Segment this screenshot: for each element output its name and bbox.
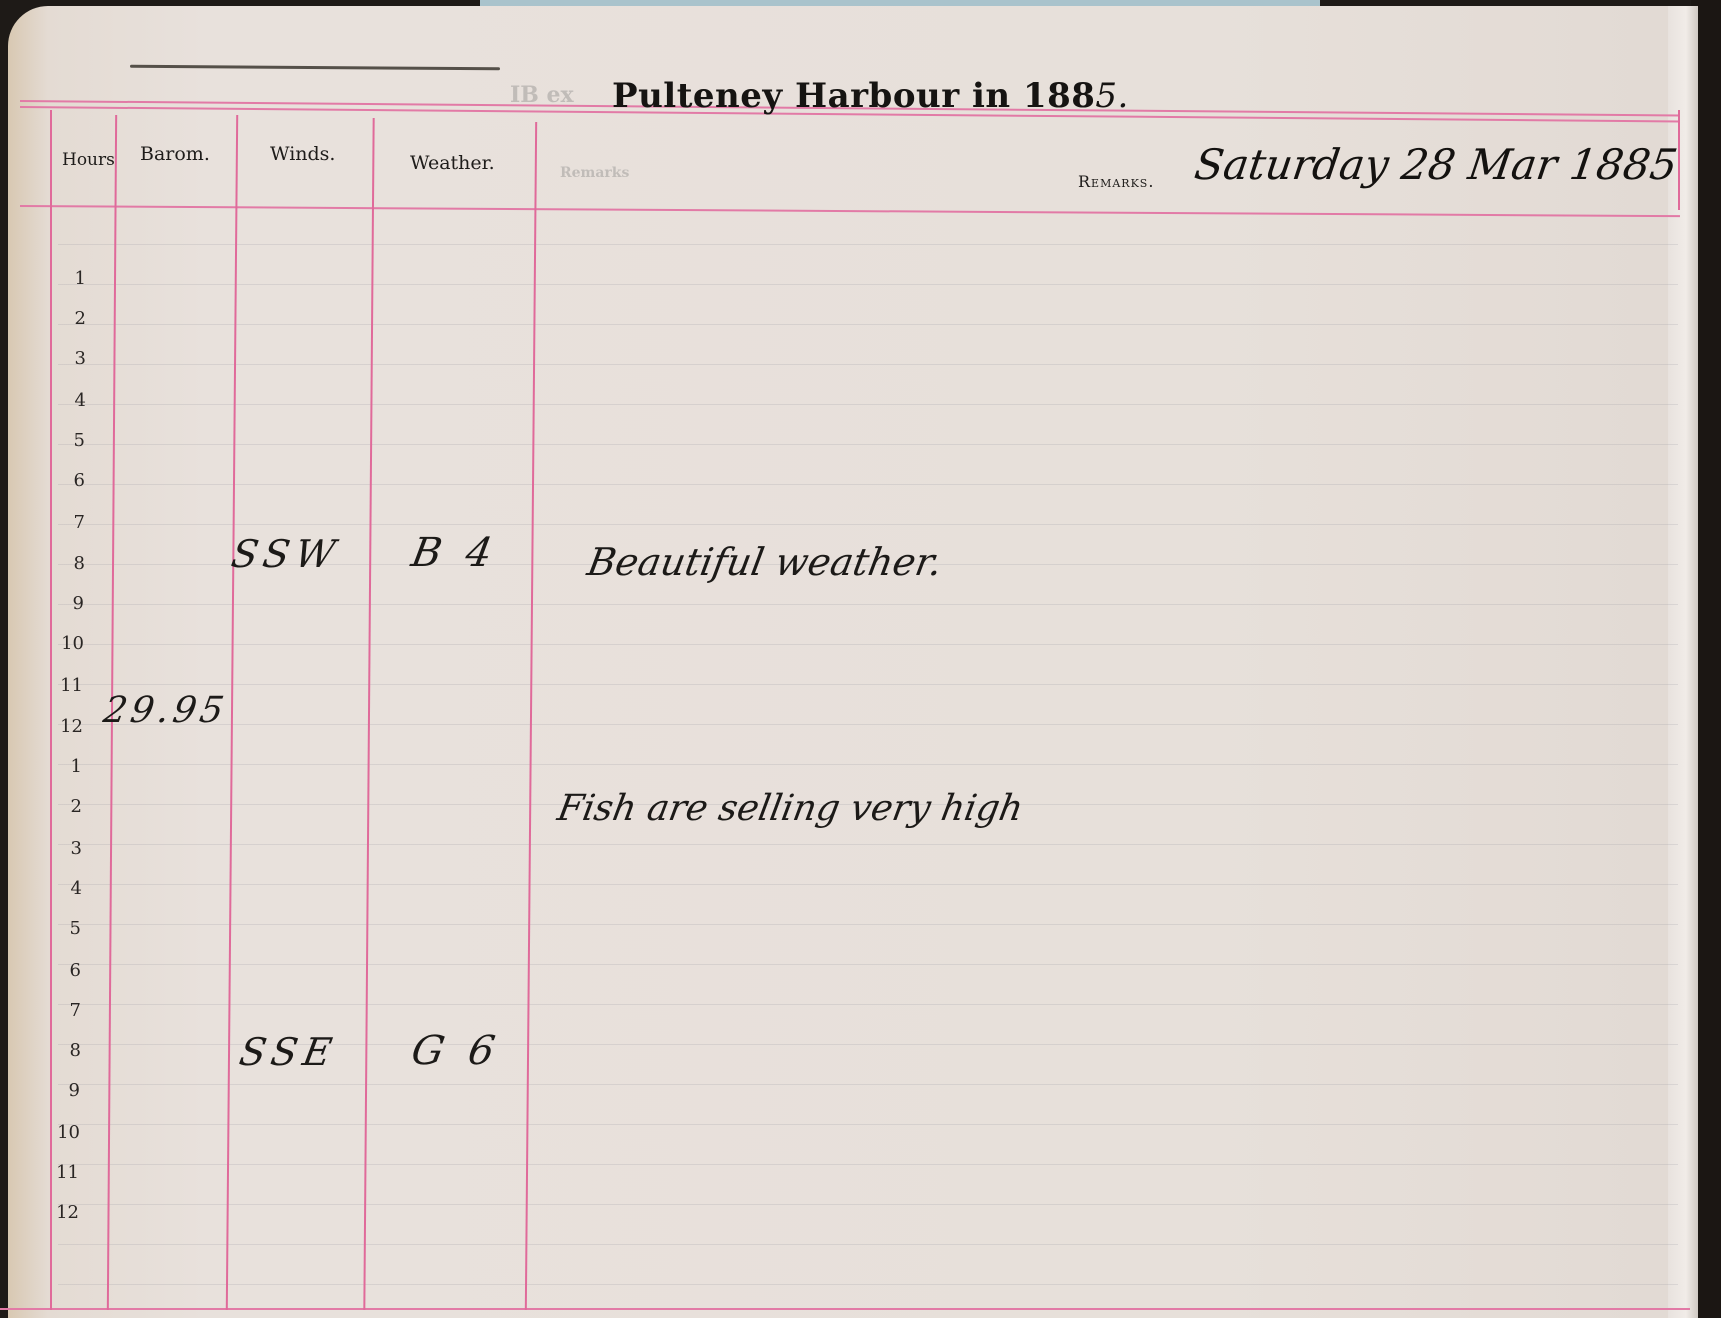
hour-am-5: 5: [45, 430, 85, 451]
hour-pm-3: 3: [42, 838, 82, 859]
ruled-lines: [58, 205, 1678, 1315]
hour-am-3: 3: [46, 348, 86, 369]
hour-pm-2: 2: [42, 796, 82, 817]
hour-pm-12: 12: [39, 1202, 79, 1223]
barom-entry-noon: 29.95: [100, 690, 230, 731]
hour-pm-6: 6: [41, 960, 81, 981]
col-header-remarks: Remarks.: [1078, 172, 1154, 191]
hour-am-1: 1: [46, 268, 86, 289]
hour-am-6: 6: [45, 470, 85, 491]
col-rule-right: [1678, 110, 1680, 210]
remark-entry-am8: Beautiful weather.: [584, 540, 945, 584]
hour-am-11: 11: [43, 675, 83, 696]
page-title: Pulteney Harbour in 1885.: [612, 76, 1129, 116]
hour-am-7: 7: [45, 512, 85, 533]
remark-entry-pm2: Fish are selling very high: [554, 788, 1026, 829]
hour-am-2: 2: [46, 308, 86, 329]
weather-entry-pm8: G 6: [408, 1028, 504, 1074]
col-header-winds: Winds.: [270, 143, 335, 165]
wind-entry-pm8: SSE: [236, 1030, 341, 1074]
hour-pm-7: 7: [41, 1000, 81, 1021]
title-printed: Pulteney Harbour in 188: [612, 76, 1095, 116]
col-header-barom: Barom.: [140, 143, 210, 165]
hour-am-8: 8: [45, 553, 85, 574]
date-entry: Saturday 28 Mar 1885: [1192, 140, 1681, 189]
weather-entry-am8: B 4: [408, 530, 502, 576]
wind-entry-am8: SSW: [228, 532, 344, 576]
title-year-handwritten: 5.: [1095, 76, 1128, 116]
hour-pm-11: 11: [39, 1162, 79, 1183]
hour-am-12: 12: [43, 716, 83, 737]
col-header-hours: Hours: [62, 150, 115, 170]
hour-pm-5: 5: [41, 918, 81, 939]
hour-pm-9: 9: [40, 1080, 80, 1101]
hour-pm-1: 1: [42, 756, 82, 777]
hour-am-9: 9: [44, 593, 84, 614]
ghost-text-remarks: Remarks: [560, 165, 629, 181]
col-header-weather: Weather.: [410, 152, 495, 174]
hour-pm-10: 10: [40, 1122, 80, 1143]
ghost-text-bleed: IB ex: [510, 82, 574, 108]
hour-am-4: 4: [46, 390, 86, 411]
hour-pm-8: 8: [41, 1040, 81, 1061]
footer-rule: [0, 1308, 1690, 1310]
hour-am-10: 10: [44, 633, 84, 654]
hour-pm-4: 4: [42, 878, 82, 899]
